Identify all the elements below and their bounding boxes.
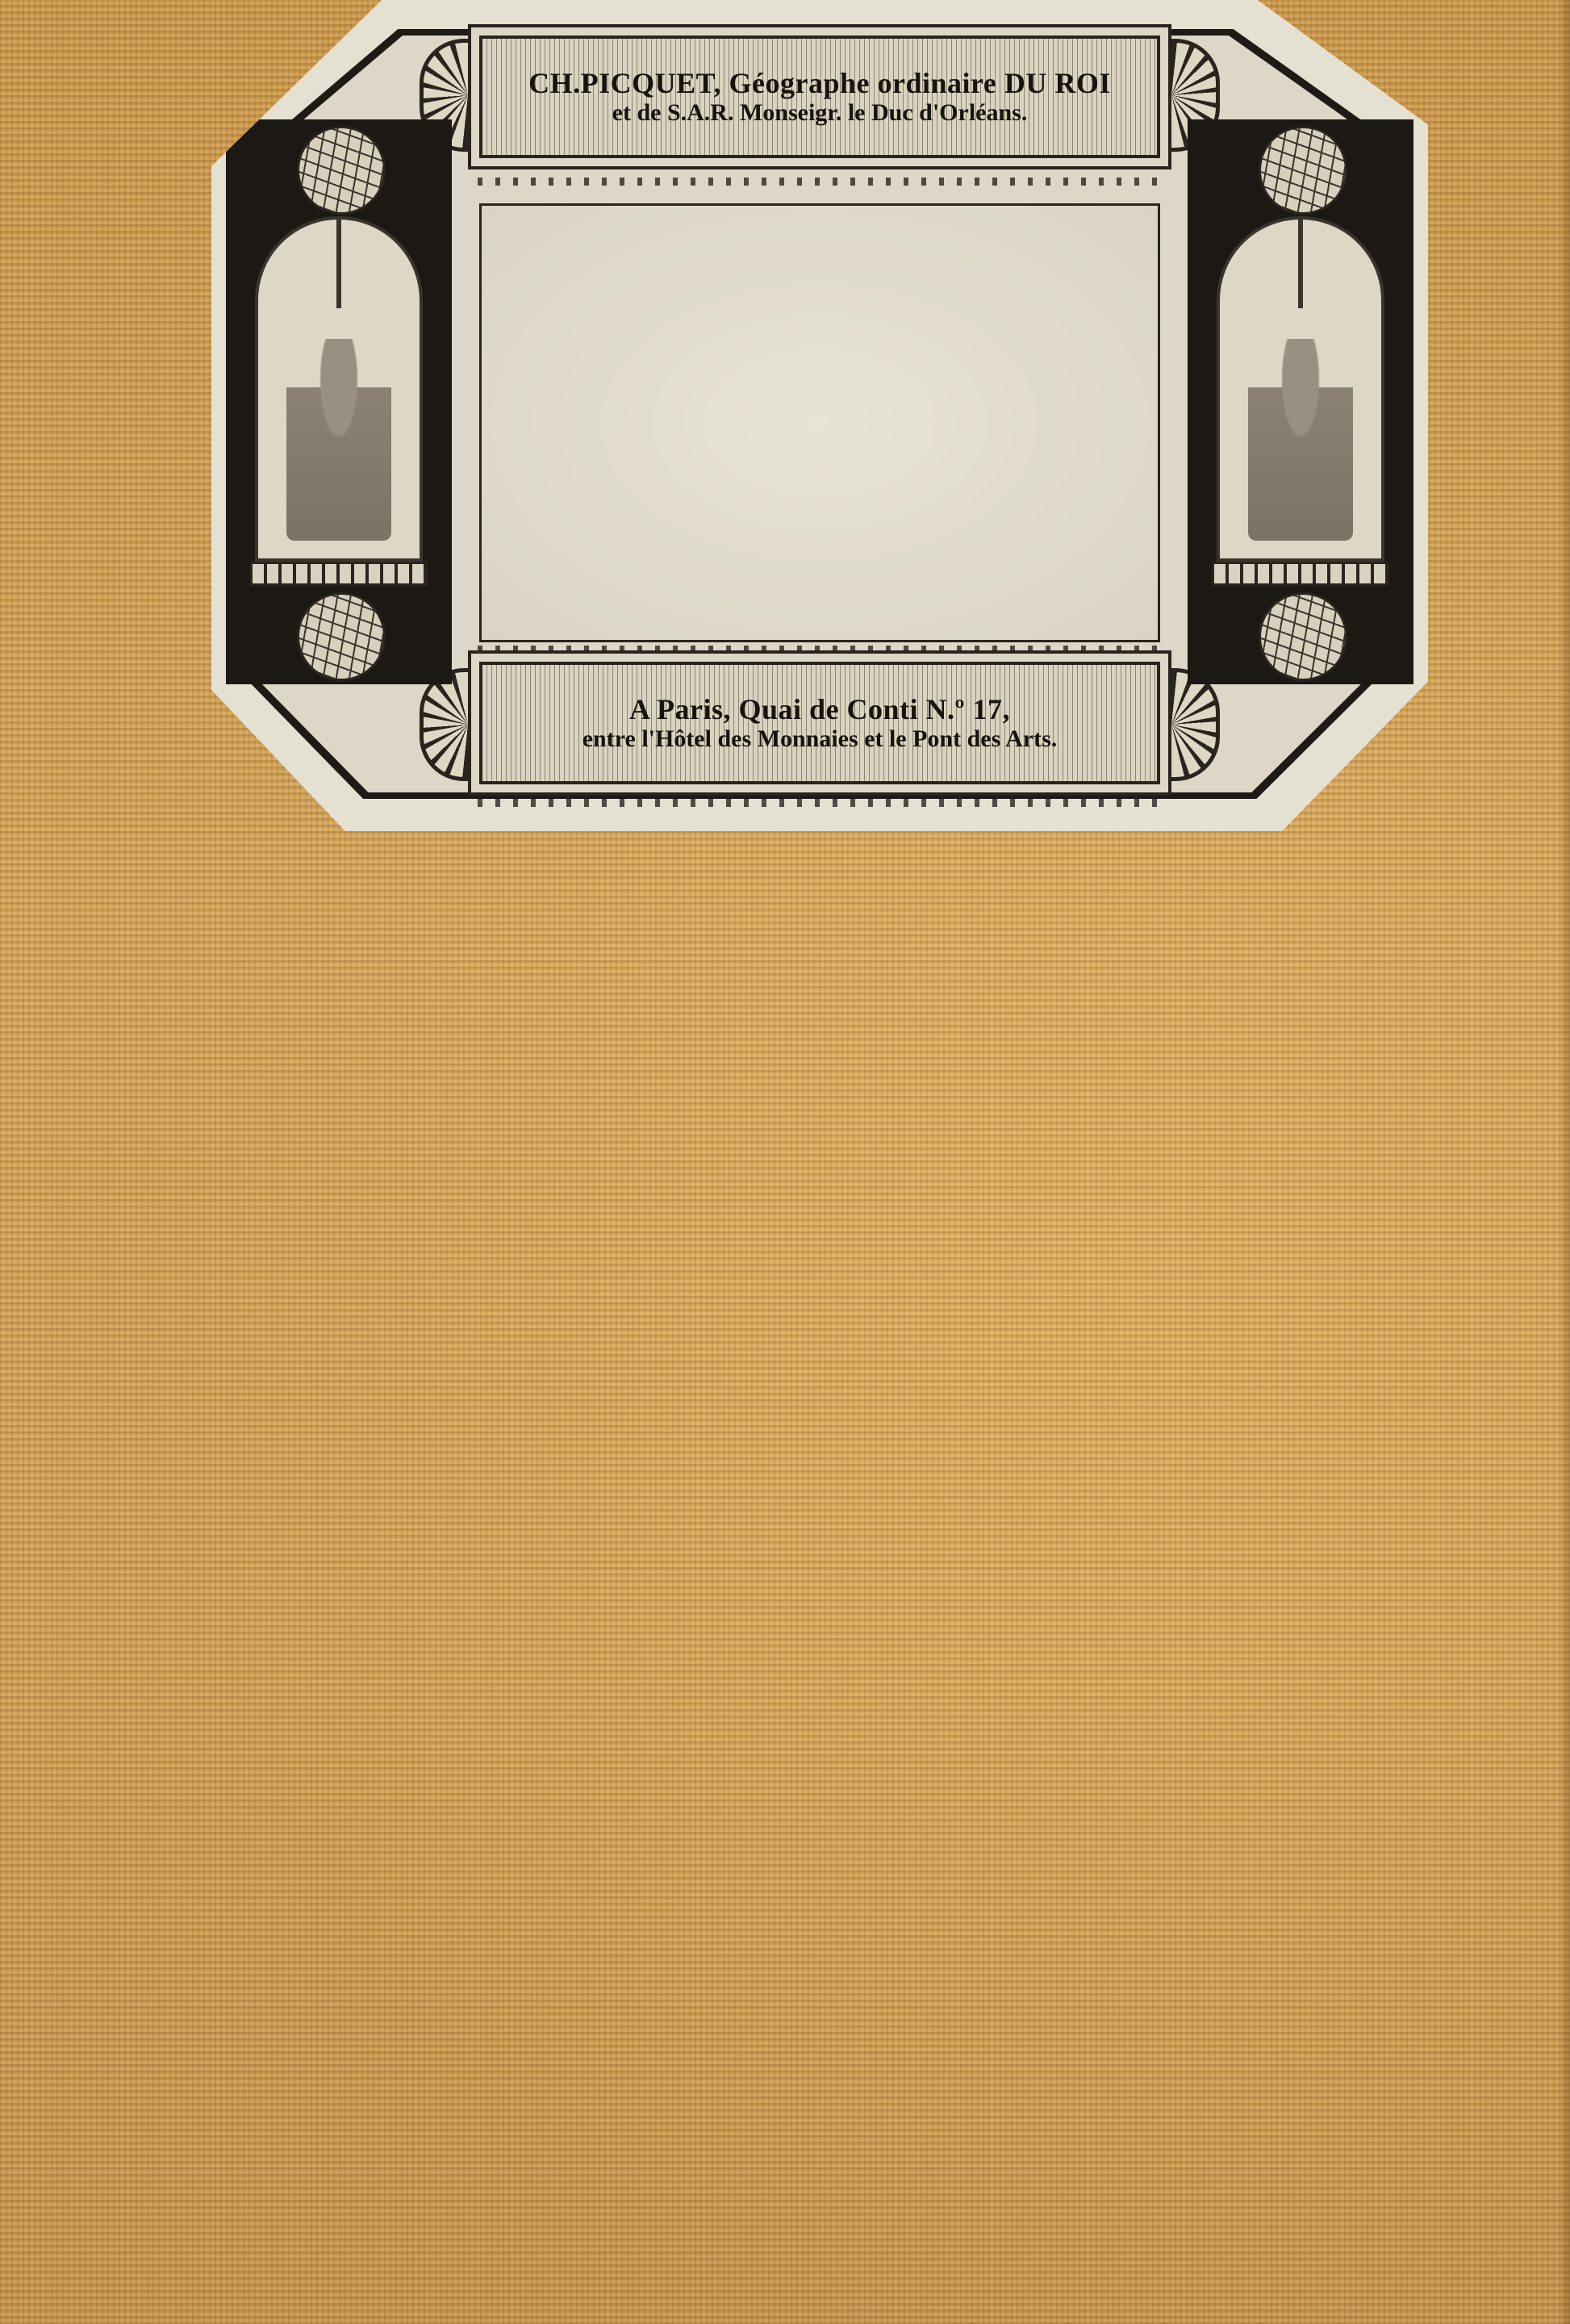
publisher-cartouche: CH.PICQUET, Géographe ordinaire DU ROI e… <box>479 36 1160 158</box>
left-gothic-panel <box>226 119 452 684</box>
arch-divider <box>336 219 341 308</box>
ornament-dot-row <box>478 646 1162 654</box>
address-cartouche: A Paris, Quai de Conti N.º 17, entre l'H… <box>479 662 1160 784</box>
address-line-1: A Paris, Quai de Conti N.º 17, <box>629 694 1010 726</box>
plinth-ornament <box>250 562 428 586</box>
address-line-2: entre l'Hôtel des Monnaies et le Pont de… <box>582 725 1058 752</box>
gothic-arch <box>255 216 423 562</box>
ornament-dot-row <box>478 24 1162 32</box>
ornament-dot-row <box>478 799 1162 807</box>
publisher-name-line: CH.PICQUET, Géographe ordinaire DU ROI <box>528 68 1111 100</box>
globe-icon <box>1259 592 1347 681</box>
globe-icon <box>1259 126 1347 215</box>
label-blank-center <box>479 203 1160 642</box>
globe-icon <box>297 126 386 215</box>
seated-figure-scroll-icon <box>286 339 391 541</box>
publisher-title-line: et de S.A.R. Monseigr. le Duc d'Orléans. <box>612 99 1028 126</box>
plinth-ornament <box>1212 562 1389 586</box>
cover-edge-shadow <box>1559 0 1570 2324</box>
gothic-arch <box>1217 216 1384 562</box>
engraved-label: CH.PICQUET, Géographe ordinaire DU ROI e… <box>211 0 1428 831</box>
arch-divider <box>1298 219 1303 308</box>
ornament-dot-row <box>478 178 1162 186</box>
seated-figure-globe-icon <box>1248 339 1353 541</box>
globe-icon <box>297 592 386 681</box>
right-gothic-panel <box>1188 119 1413 684</box>
